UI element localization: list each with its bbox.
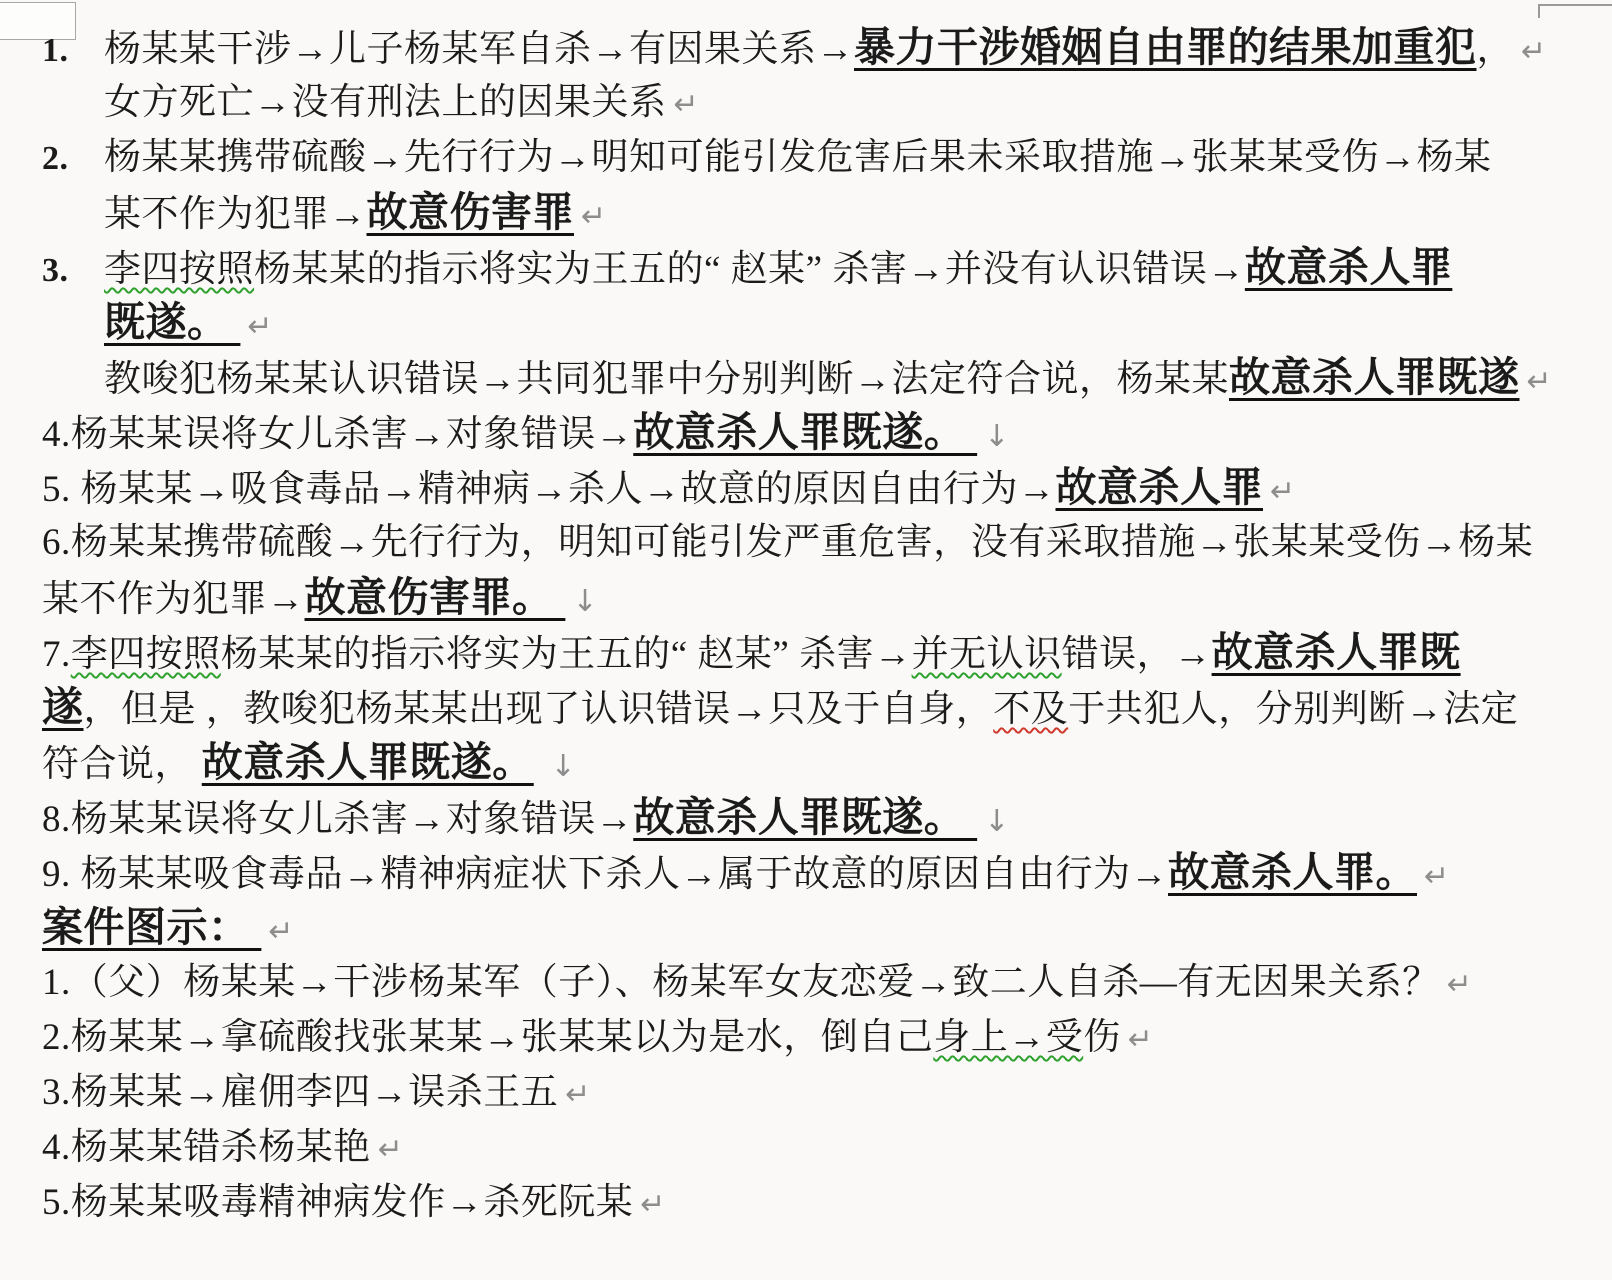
crime-label: 故意杀人罪既遂。 xyxy=(633,794,977,840)
text-run: 李四按照 xyxy=(71,634,221,675)
list-number: 2. xyxy=(42,131,104,186)
text-run: 杨某某携带硫酸→先行行为→明知可能引发危害后果未采取措施→张某某受伤→杨某 xyxy=(104,137,1492,178)
text-run: 某不作为犯罪→ xyxy=(42,579,305,620)
paragraph-mark-icon: ↵ xyxy=(674,87,700,122)
item-6-line-1: 6.杨某某携带硫酸→先行行为，明知可能引发严重危害，没有采取措施→张某某受伤→杨… xyxy=(0,515,1612,570)
case-2: 2.杨某某→拿硫酸找张某某→张某某以为是水，倒自己身上→受伤↵ xyxy=(0,1010,1612,1065)
case-4: 4.杨某某错杀杨某艳↵ xyxy=(0,1120,1612,1175)
item-7-line-3: 符合说， 故意杀人罪既遂。 ↓ xyxy=(0,735,1612,790)
text-run: 于共犯人，分别判断→法定 xyxy=(1068,689,1518,730)
crime-label: 故意伤害罪 xyxy=(367,189,575,235)
linebreak-mark-icon: ↓ xyxy=(984,804,1010,839)
text-run: 6.杨某某携带硫酸→先行行为，明知可能引发严重危害，没有采取措施→张某某受伤→杨… xyxy=(42,522,1533,563)
item-1-line-1: 1.杨某某干涉→儿子杨某军自杀→有因果关系→暴力干涉婚姻自由罪的结果加重犯，↵ xyxy=(0,20,1612,75)
crime-label: 故意杀人罪 xyxy=(1056,464,1264,510)
item-9: 9. 杨某某吸食毒品→精神病症状下杀人→属于故意的原因自由行为→故意杀人罪。↵ xyxy=(0,845,1612,900)
text-run: 7. xyxy=(42,634,71,675)
item-1-line-2: 女方死亡→没有刑法上的因果关系↵ xyxy=(0,75,1612,130)
paragraph-mark-icon: ↵ xyxy=(1521,34,1547,69)
paragraph-mark-icon: ↵ xyxy=(1270,474,1296,509)
crime-label: 暴力干涉婚姻自由罪的结果加重犯 xyxy=(854,24,1477,70)
crime-label: 故意杀人罪既遂。 xyxy=(202,739,534,785)
text-run: 女方死亡→没有刑法上的因果关系 xyxy=(104,82,667,123)
case-1: 1.（父）杨某某→干涉杨某军（子）、杨某军女友恋爱→致二人自杀—有无因果关系？↵ xyxy=(0,955,1612,1010)
document-page: 1.杨某某干涉→儿子杨某军自杀→有因果关系→暴力干涉婚姻自由罪的结果加重犯，↵女… xyxy=(0,0,1612,1280)
paragraph-mark-icon: ↵ xyxy=(1128,1022,1154,1057)
crime-label: 遂 xyxy=(42,684,84,730)
text-run: ，但是 ，教唆犯杨某某出现了认识错误→只及于自身， xyxy=(84,689,994,730)
heading-case-diagrams: 案件图示： ↵ xyxy=(0,900,1612,955)
text-run: 4.杨某某误将女儿杀害→对象错误→ xyxy=(42,414,633,455)
list-number: 3. xyxy=(42,243,104,298)
text-run: 教唆犯杨某某认识错误→共同犯罪中分别判断→法定符合说，杨某某 xyxy=(104,359,1229,400)
paragraph-mark-icon: ↵ xyxy=(1527,364,1553,399)
document-body: 1.杨某某干涉→儿子杨某军自杀→有因果关系→暴力干涉婚姻自由罪的结果加重犯，↵女… xyxy=(0,20,1612,1230)
item-7-line-2: 遂，但是 ，教唆犯杨某某出现了认识错误→只及于自身，不及于共犯人，分别判断→法定 xyxy=(0,680,1612,735)
paragraph-mark-icon: ↵ xyxy=(378,1132,404,1167)
linebreak-mark-icon: ↓ xyxy=(551,749,577,784)
crime-label: 故意伤害罪。 xyxy=(305,574,566,620)
item-5: 5. 杨某某→吸食毒品→精神病→杀人→故意的原因自由行为→故意杀人罪↵ xyxy=(0,460,1612,515)
item-3-line-2: 既遂。 ↵ xyxy=(0,295,1612,350)
text-run: 不及 xyxy=(993,689,1068,730)
crime-label: 故意杀人罪既遂 xyxy=(1229,354,1520,400)
paragraph-mark-icon: ↵ xyxy=(1424,859,1450,894)
crime-label: 案件图示： xyxy=(42,904,261,950)
case-3: 3.杨某某→雇佣李四→误杀王五↵ xyxy=(0,1065,1612,1120)
item-3-line-1: 3.李四按照杨某某的指示将实为王五的“ 赵某” 杀害→并没有认识错误→故意杀人罪 xyxy=(0,240,1612,295)
text-run: 2.杨某某→拿硫酸找张某某→张某某以为是水，倒自己 xyxy=(42,1017,933,1058)
text-run xyxy=(534,744,544,785)
linebreak-mark-icon: ↓ xyxy=(984,419,1010,454)
text-run: 错误，→ xyxy=(1062,634,1212,675)
crime-label: 故意杀人罪 xyxy=(1245,244,1453,290)
paragraph-mark-icon: ↵ xyxy=(581,199,607,234)
list-number: 1. xyxy=(42,23,104,78)
text-run: 杨某某的指示将实为王五的“ 赵某” 杀害→ xyxy=(221,634,912,675)
text-run: 8.杨某某误将女儿杀害→对象错误→ xyxy=(42,799,633,840)
paragraph-mark-icon: ↵ xyxy=(640,1187,666,1222)
crime-label: 既遂。 xyxy=(104,299,240,345)
crime-label: 故意杀人罪既遂。 xyxy=(633,409,977,455)
paragraph-mark-icon: ↵ xyxy=(565,1077,591,1112)
text-run: 杨某某干涉→儿子杨某军自杀→有因果关系→ xyxy=(104,29,854,70)
text-run: 伤 xyxy=(1083,1017,1121,1058)
text-run: 1.（父）杨某某→干涉杨某军（子）、杨某军女友恋爱→致二人自杀—有无因果关系？ xyxy=(42,962,1440,1003)
item-2-line-2: 某不作为犯罪→故意伤害罪↵ xyxy=(0,185,1612,240)
text-run: 某不作为犯罪→ xyxy=(104,194,367,235)
text-run: 5.杨某某吸毒精神病发作→杀死阮某 xyxy=(42,1182,633,1223)
text-run: 身上→受 xyxy=(933,1017,1083,1058)
text-run: 符合说， xyxy=(42,744,202,785)
text-run: 杨某某的指示将实为王五的“ 赵某” 杀害→并没有认识错误→ xyxy=(254,249,1245,290)
text-run: 并无认识 xyxy=(912,634,1062,675)
text-run: ， xyxy=(1477,29,1515,70)
paragraph-mark-icon: ↵ xyxy=(1447,967,1473,1002)
crime-label: 故意杀人罪既 xyxy=(1212,629,1461,675)
page-corner-mark-top-right xyxy=(1538,4,1612,18)
item-4: 4.杨某某误将女儿杀害→对象错误→故意杀人罪既遂。 ↓ xyxy=(0,405,1612,460)
item-6-line-2: 某不作为犯罪→故意伤害罪。 ↓ xyxy=(0,570,1612,625)
text-run: 3.杨某某→雇佣李四→误杀王五 xyxy=(42,1072,558,1113)
text-run: 9. 杨某某吸食毒品→精神病症状下杀人→属于故意的原因自由行为→ xyxy=(42,854,1168,895)
text-run: 李四按照 xyxy=(104,249,254,290)
paragraph-mark-icon: ↵ xyxy=(247,309,273,344)
paragraph-mark-icon: ↵ xyxy=(268,914,294,949)
item-2-line-1: 2.杨某某携带硫酸→先行行为→明知可能引发危害后果未采取措施→张某某受伤→杨某 xyxy=(0,130,1612,185)
item-3-para-2: 教唆犯杨某某认识错误→共同犯罪中分别判断→法定符合说，杨某某故意杀人罪既遂↵ xyxy=(0,350,1612,405)
item-7-line-1: 7.李四按照杨某某的指示将实为王五的“ 赵某” 杀害→并无认识错误，→故意杀人罪… xyxy=(0,625,1612,680)
linebreak-mark-icon: ↓ xyxy=(572,584,598,619)
item-8: 8.杨某某误将女儿杀害→对象错误→故意杀人罪既遂。 ↓ xyxy=(0,790,1612,845)
text-run: 4.杨某某错杀杨某艳 xyxy=(42,1127,371,1168)
text-run: 5. 杨某某→吸食毒品→精神病→杀人→故意的原因自由行为→ xyxy=(42,469,1056,510)
case-5: 5.杨某某吸毒精神病发作→杀死阮某↵ xyxy=(0,1175,1612,1230)
crime-label: 故意杀人罪。 xyxy=(1168,849,1417,895)
